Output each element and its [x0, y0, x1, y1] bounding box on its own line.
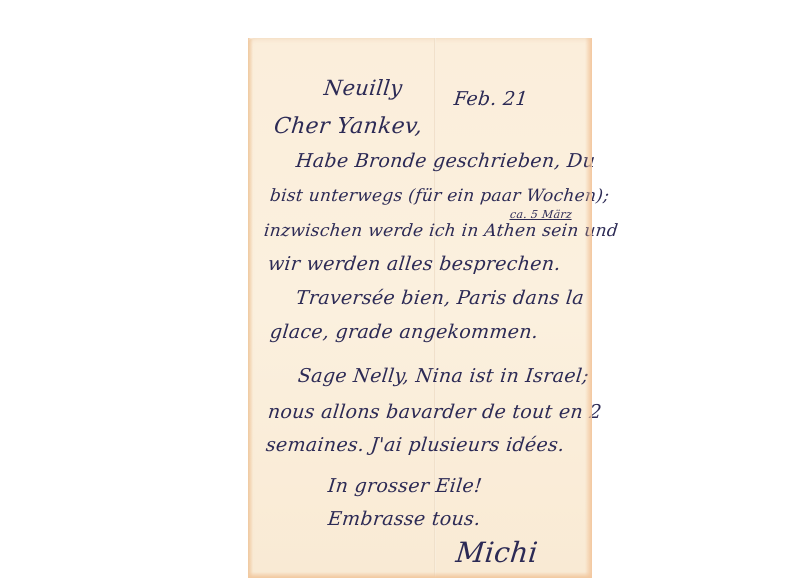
paper-bottom-edge: [248, 572, 592, 578]
salutation: Cher Yankev,: [273, 114, 424, 139]
letter-line: nous allons bavarder de tout en 2: [267, 401, 603, 423]
letter-line: semaines. J'ai plusieurs idées.: [265, 434, 566, 456]
letter-paper: Neuilly Feb. 21 Cher Yankev, Habe Bronde…: [248, 38, 592, 578]
letter-line: Habe Bronde geschrieben, Du: [295, 150, 597, 172]
closing-line: In grosser Eile!: [327, 475, 483, 497]
letter-line: Sage Nelly, Nina ist in Israel;: [297, 365, 590, 387]
inserted-note: ca. 5 März: [509, 208, 572, 221]
letter-line: inzwischen werde ich in Athen sein und: [263, 221, 619, 241]
signature: Michi: [454, 536, 539, 569]
place-heading: Neuilly: [323, 76, 404, 100]
letter-line: bist unterwegs (für ein paar Wochen);: [269, 186, 610, 206]
letter-line: wir werden alles besprechen.: [267, 253, 562, 275]
closing-line: Embrasse tous.: [327, 508, 482, 530]
letter-line: glace, grade angekommen.: [269, 321, 540, 343]
letter-line: Traversée bien, Paris dans la: [295, 287, 585, 309]
date-heading: Feb. 21: [453, 88, 529, 110]
